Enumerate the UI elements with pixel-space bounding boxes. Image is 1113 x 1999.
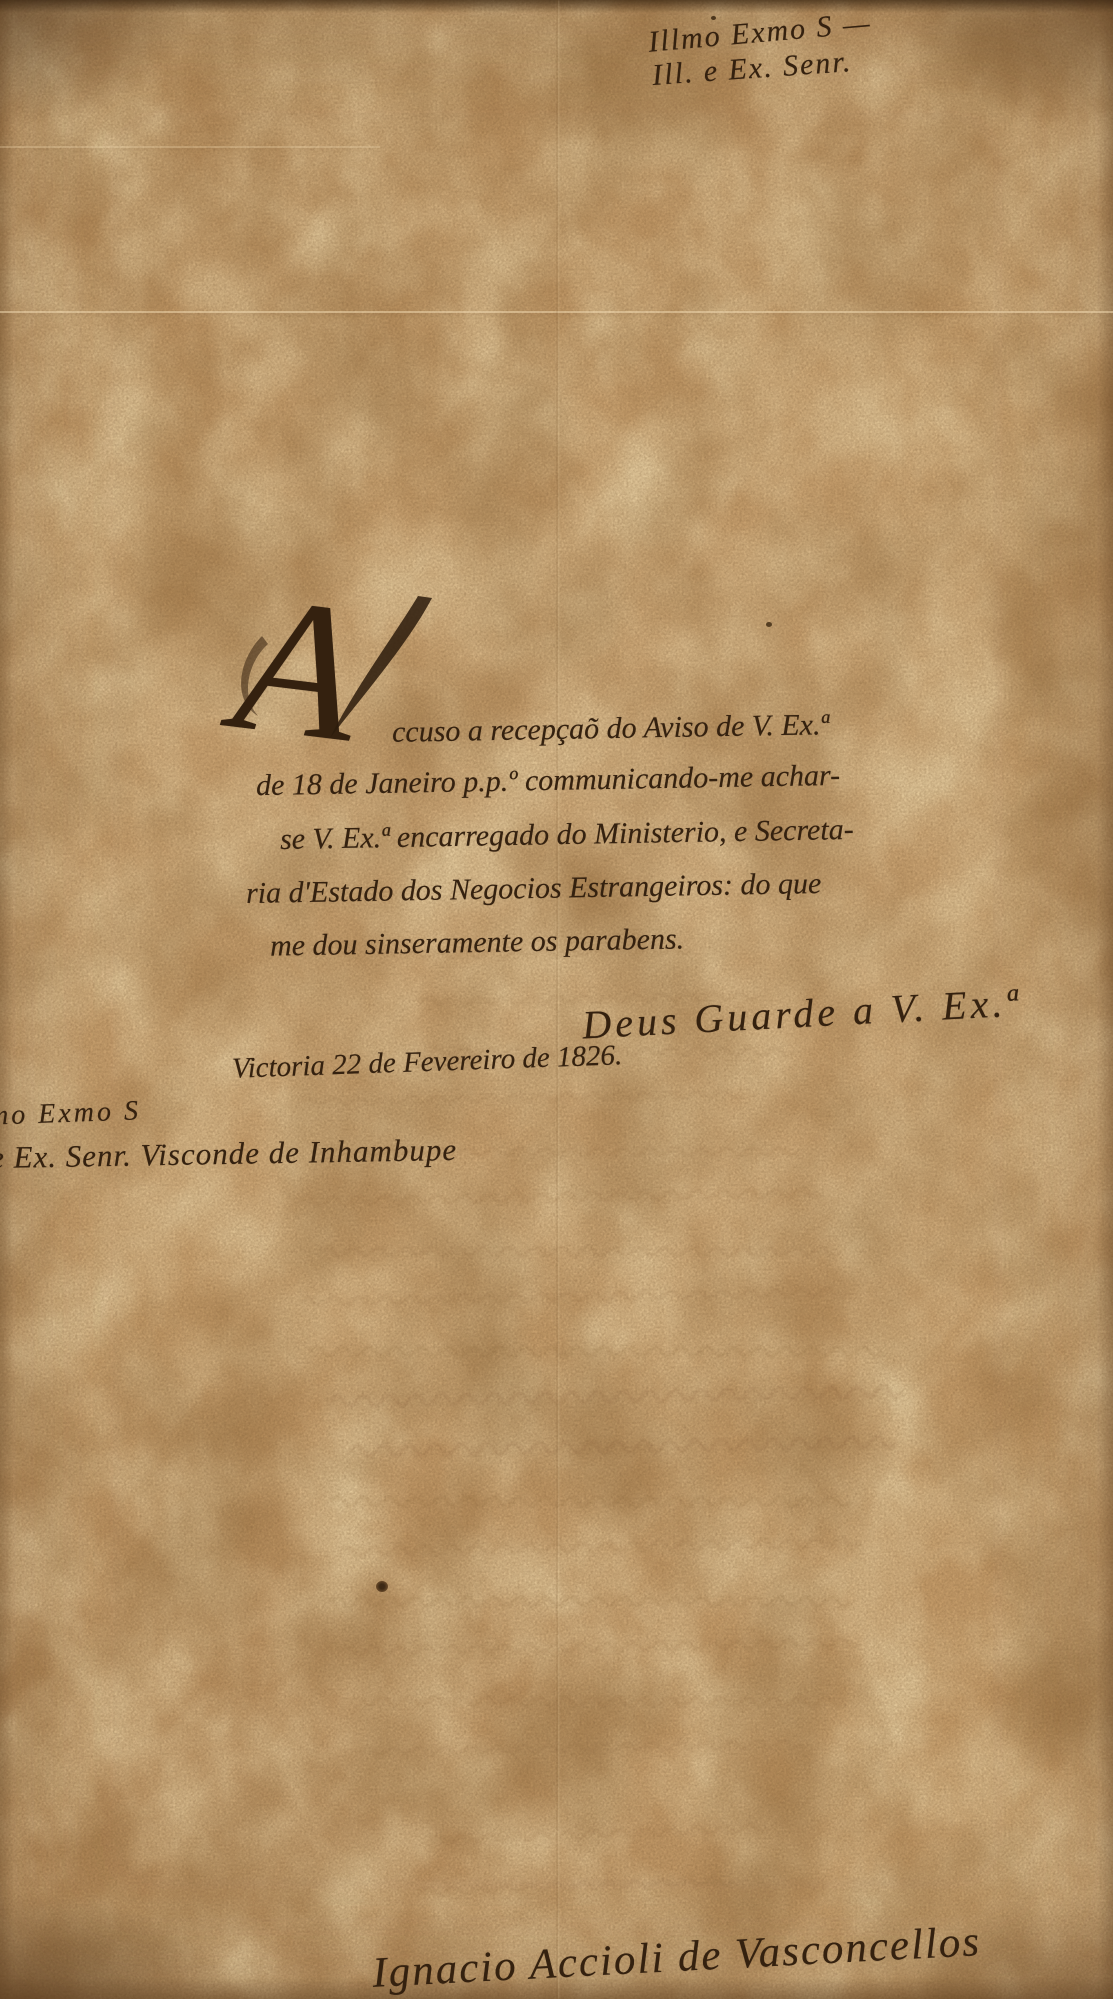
- ink-speck: [766, 622, 772, 627]
- ink-blot: [376, 1581, 388, 1592]
- manuscript-page: Illmo Exmo S — Ill. e Ex. Senr. A ccuso …: [0, 0, 1113, 1999]
- addressee-line-2: e Ex. Senr. Visconde de Inhambupe: [0, 1132, 457, 1176]
- signature: Ignacio Accioli de Vasconcellos: [371, 1917, 982, 1998]
- top-left-fold-crease: [0, 146, 380, 148]
- dateline: Victoria 22 de Fevereiro de 1826.: [232, 1039, 623, 1086]
- ink-speck: [711, 16, 716, 20]
- body-line-3: se V. Ex.ª encarregado do Ministerio, e …: [280, 813, 854, 857]
- drop-cap-initial: A: [225, 550, 371, 788]
- body-line-1: ccuso a recepçaõ do Aviso de V. Ex.ª: [392, 708, 829, 750]
- vertical-fold-crease: [556, 0, 558, 1999]
- body-line-5: me dou sinseramente os parabens.: [270, 922, 685, 963]
- addressee-line-1: mo Exmo S: [0, 1095, 141, 1132]
- body-line-4: ria d'Estado dos Negocios Estrangeiros: …: [246, 867, 822, 911]
- valediction: Deus Guarde a V. Ex.ª: [581, 979, 1022, 1049]
